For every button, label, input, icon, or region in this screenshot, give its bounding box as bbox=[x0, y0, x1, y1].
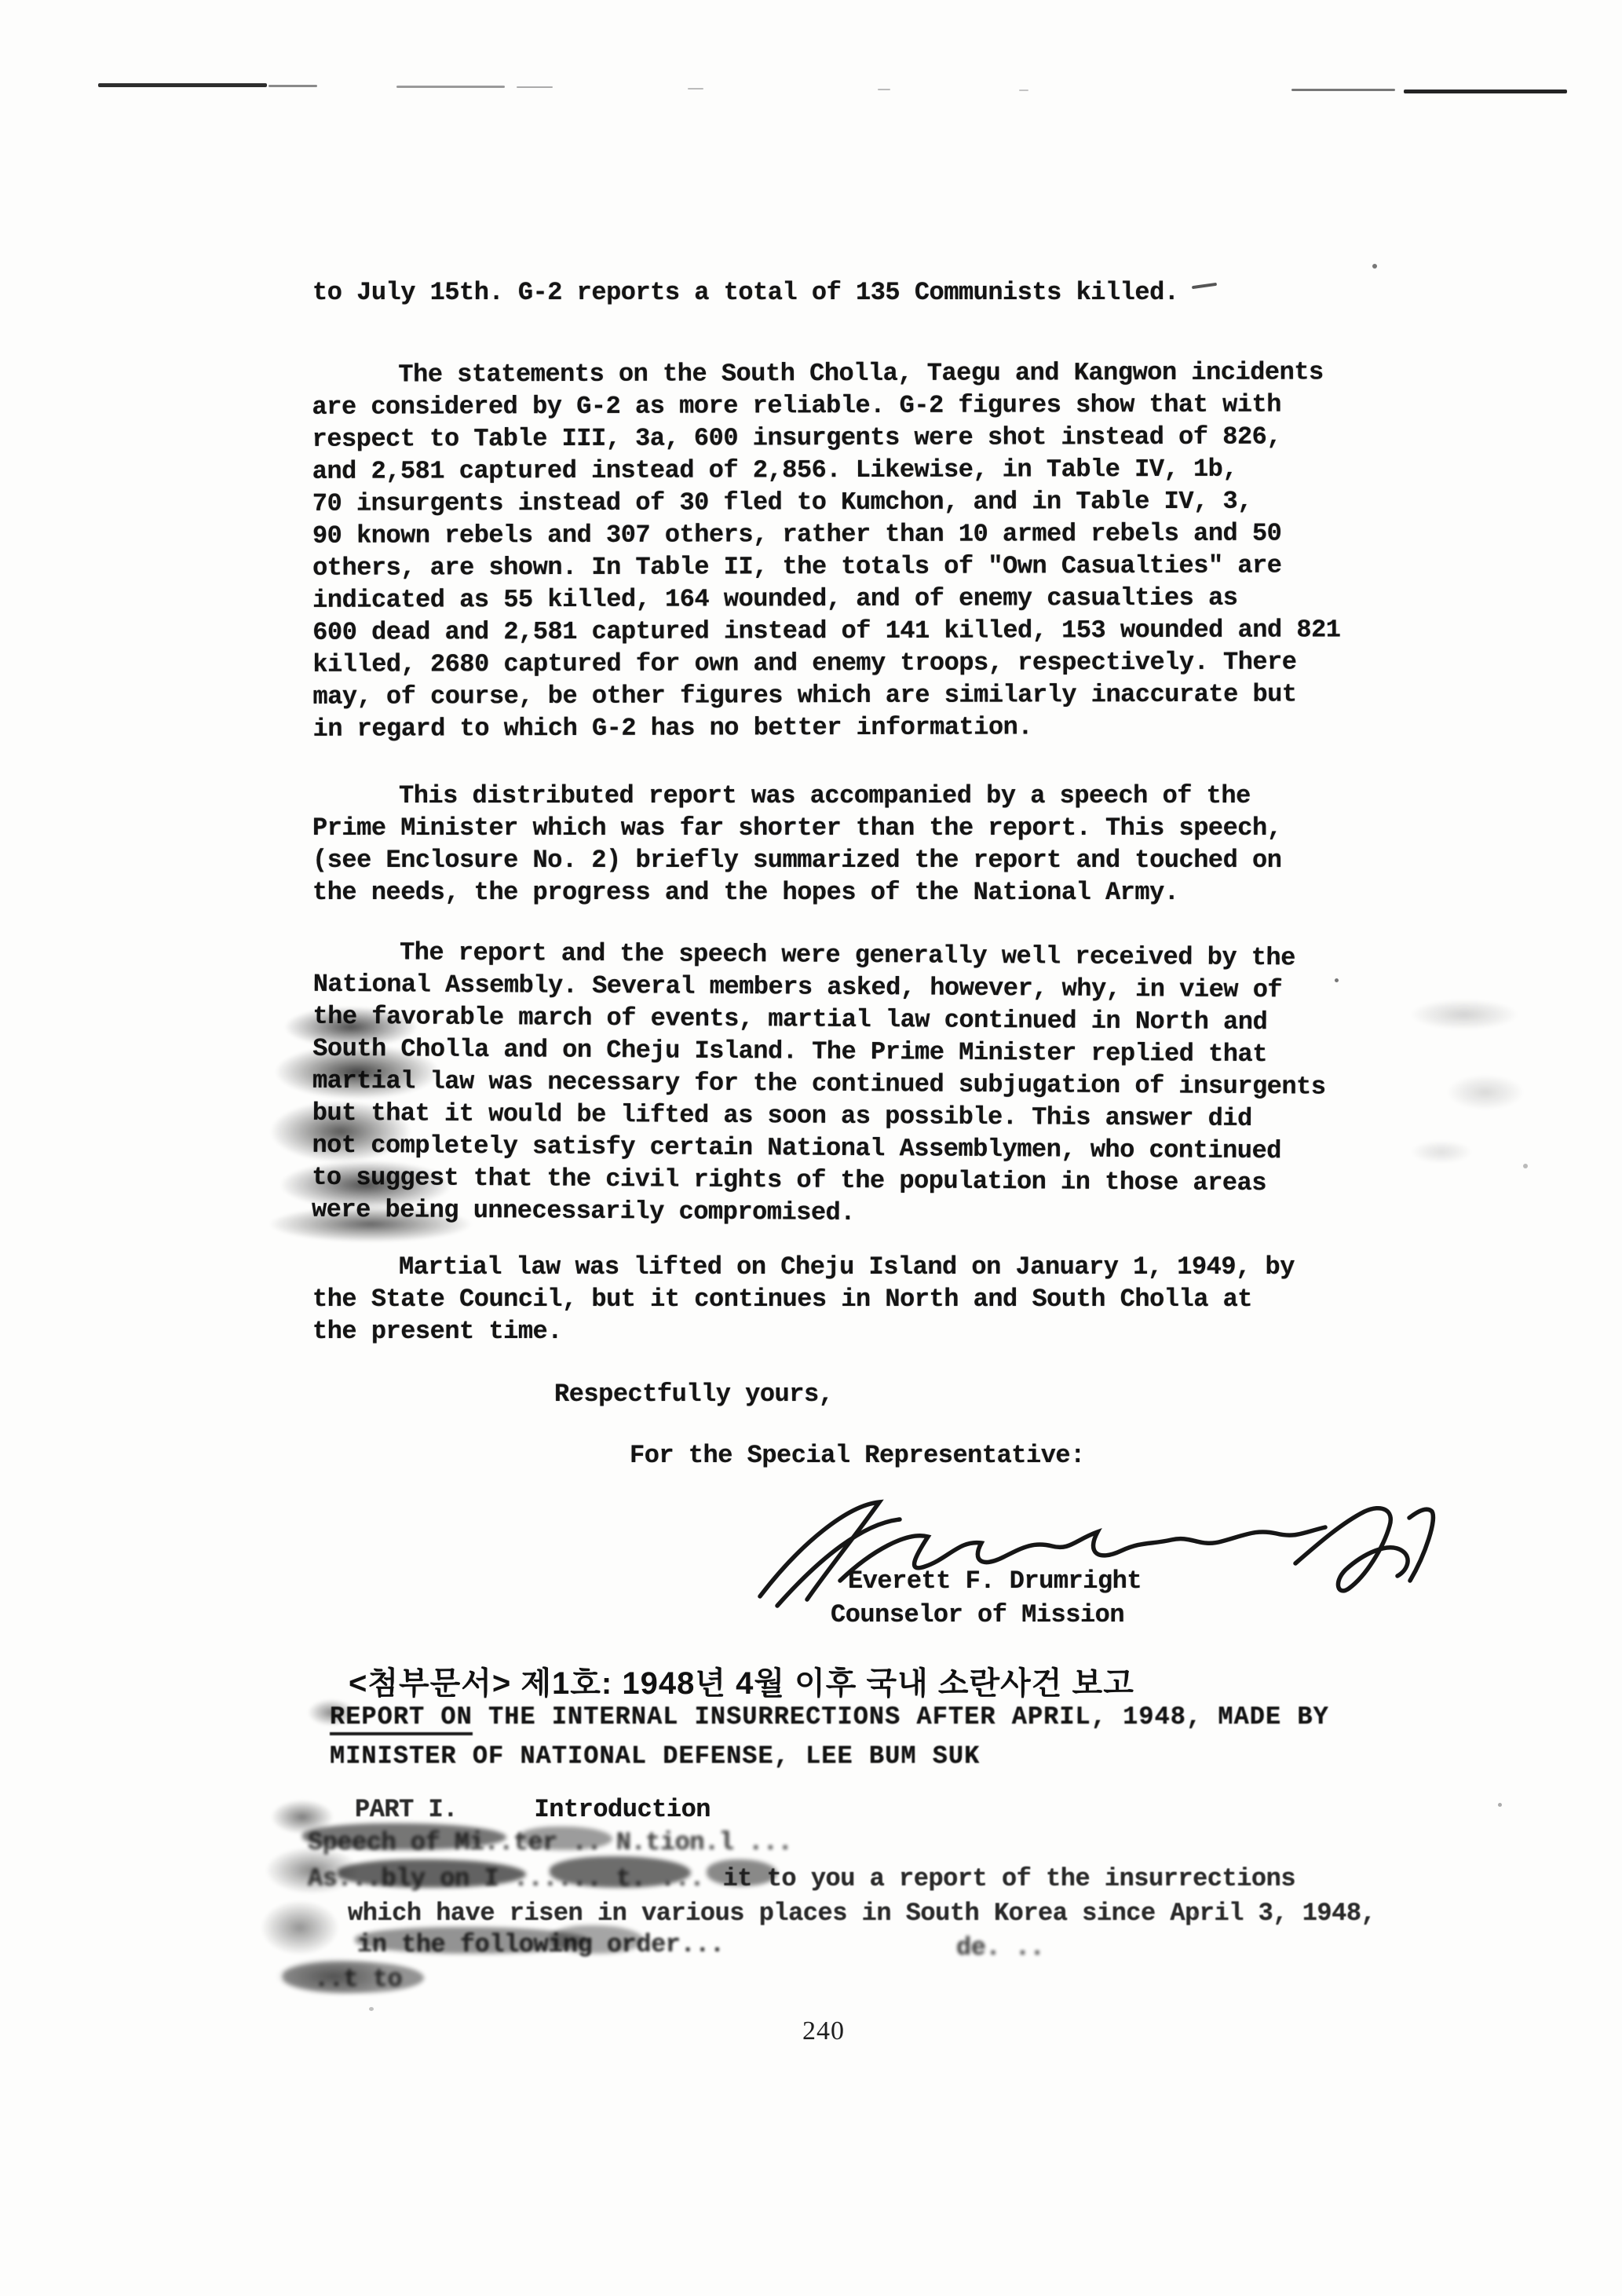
rule-segment bbox=[396, 86, 505, 88]
ink-smudge bbox=[284, 1007, 418, 1047]
report-title-line2: MINISTER OF NATIONAL DEFENSE, LEE BUM SU… bbox=[330, 1740, 980, 1772]
ink-smudge bbox=[279, 1161, 452, 1209]
ink-smear bbox=[518, 1826, 612, 1850]
ink-smear bbox=[707, 1859, 777, 1886]
ink-smear bbox=[550, 1925, 644, 1954]
signer-title: Counselor of Mission bbox=[831, 1599, 1124, 1631]
rule-segment bbox=[98, 83, 267, 87]
paragraph-3: This distributed report was accompanied … bbox=[312, 780, 1412, 909]
paragraph-5: Martial law was lifted on Cheju Island o… bbox=[312, 1251, 1412, 1347]
rule-segment bbox=[1404, 90, 1567, 93]
scanned-document-page: to July 15th. G-2 reports a total of 135… bbox=[0, 0, 1622, 2296]
scan-artifact-dot bbox=[369, 2007, 374, 2011]
part-heading: PART I. Introduction bbox=[355, 1793, 711, 1826]
paragraph-2: The statements on the South Cholla, Taeg… bbox=[312, 356, 1412, 745]
intro-line-3-fragment: de. .. bbox=[956, 1932, 1044, 1964]
ink-smudge bbox=[270, 1101, 411, 1162]
scan-artifact-dot bbox=[1372, 264, 1377, 269]
rule-segment bbox=[517, 86, 553, 88]
intro-line-2: which have risen in various places in So… bbox=[348, 1897, 1375, 1929]
signer-name: Everett F. Drumright bbox=[848, 1565, 1142, 1597]
part-title: Introduction bbox=[535, 1795, 711, 1824]
paragraph-4: The report and the speech were generally… bbox=[312, 936, 1412, 1233]
ink-smudge bbox=[1410, 1140, 1473, 1164]
ink-smudge bbox=[275, 1044, 440, 1099]
rule-segment bbox=[688, 88, 703, 90]
ink-smear bbox=[283, 1961, 424, 1993]
ink-smear bbox=[338, 1859, 526, 1888]
scan-artifact-dot bbox=[1498, 1803, 1502, 1807]
intro-line-1-tail: it to you a report of the insurrections bbox=[723, 1864, 1295, 1893]
ink-smudge bbox=[269, 1206, 473, 1242]
ink-smudge bbox=[1409, 999, 1519, 1030]
ink-smear bbox=[550, 1856, 691, 1888]
attachment-korean-heading: <첨부문서> 제1호: 1948년 4월 이후 국내 소란사건 보고 bbox=[349, 1658, 1134, 1703]
paragraph-1: to July 15th. G-2 reports a total of 135… bbox=[312, 276, 1412, 309]
report-title-line1: REPORT ON THE INTERNAL INSURRECTIONS AFT… bbox=[330, 1701, 1329, 1733]
for-special-representative-line: For the Special Representative: bbox=[630, 1439, 1085, 1472]
report-title-rest: THE INTERNAL INSURRECTIONS AFTER APRIL, … bbox=[473, 1702, 1329, 1731]
scan-artifact-dot bbox=[1523, 1164, 1528, 1168]
ink-smudge bbox=[1446, 1074, 1525, 1110]
rule-segment bbox=[1019, 90, 1028, 91]
page-number: 240 bbox=[802, 2016, 845, 2046]
part-label: PART I. bbox=[355, 1795, 458, 1824]
rule-segment bbox=[1291, 89, 1395, 91]
scan-artifact-dot bbox=[1335, 978, 1339, 982]
scan-artifact-dot bbox=[1193, 1913, 1197, 1917]
closing-salutation: Respectfully yours, bbox=[554, 1378, 833, 1410]
ink-smudge bbox=[308, 1699, 355, 1726]
rule-segment bbox=[269, 85, 317, 87]
rule-segment bbox=[878, 89, 890, 90]
ink-smear bbox=[302, 1823, 506, 1850]
ink-smudge bbox=[261, 1900, 339, 1955]
